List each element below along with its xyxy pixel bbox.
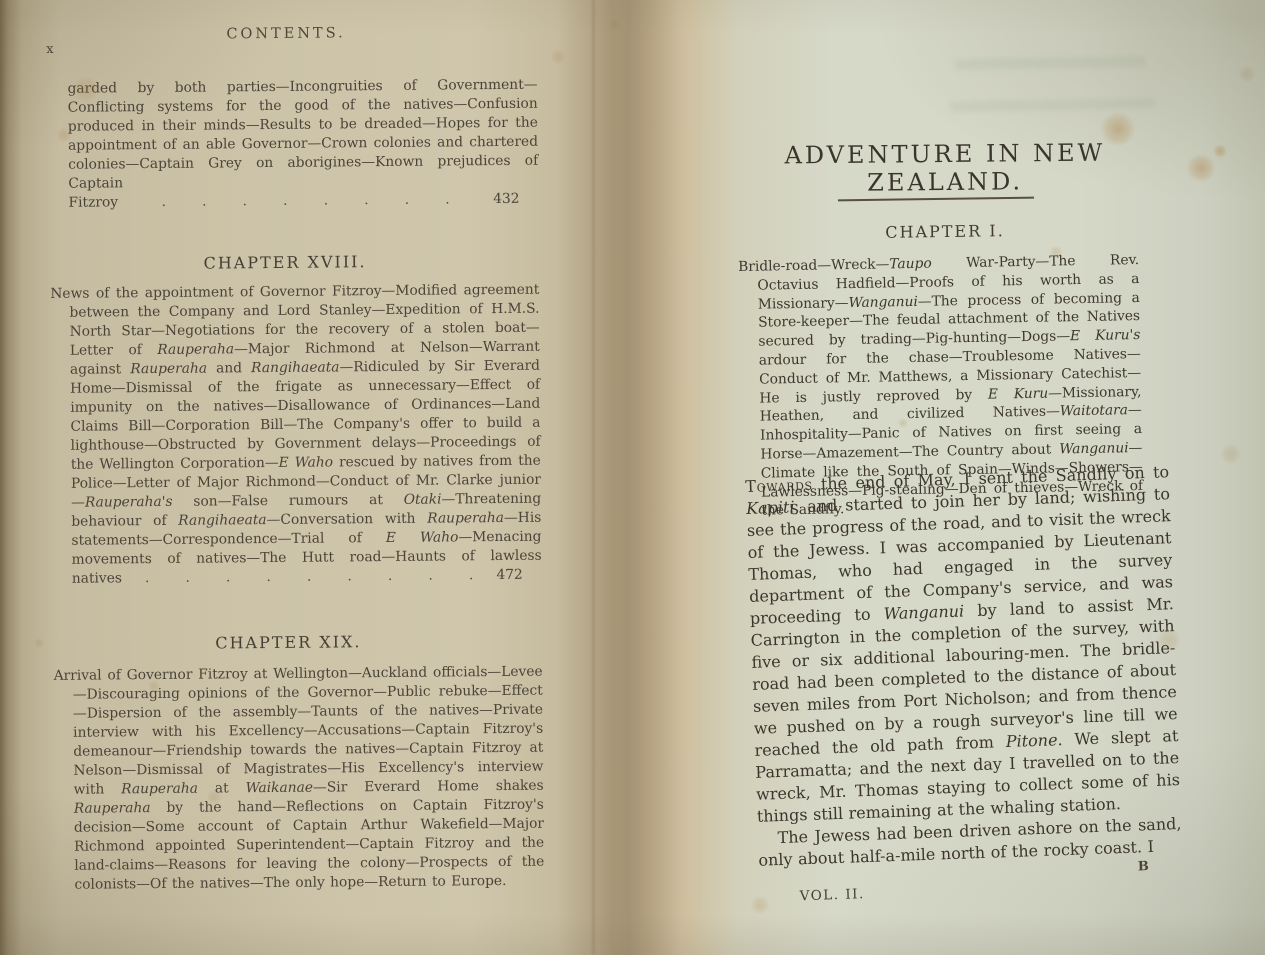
foxing-spot — [608, 18, 620, 30]
title-rule — [838, 197, 1034, 202]
foxing-spot — [550, 50, 566, 64]
book-spread-photo: x CONTENTS. garded by both parties—Incon… — [0, 0, 1265, 955]
body-text-block: Towards the end of May, I sent the Sandf… — [745, 461, 1184, 916]
body-paragraph-1: Towards the end of May, I sent the Sandf… — [745, 461, 1181, 828]
page-reference: 472 — [496, 566, 523, 585]
show-through-text — [955, 56, 1145, 69]
volume-label: VOL. II. — [799, 886, 865, 904]
dot-leader: . . . . . . . . . — [122, 566, 497, 588]
page-fold-crease — [592, 0, 595, 955]
printer-signature: B — [1138, 859, 1150, 874]
show-through-text — [950, 98, 1155, 112]
left-page: x CONTENTS. garded by both parties—Incon… — [40, 24, 540, 895]
foxing-spot — [34, 638, 44, 648]
chapter1-heading: CHAPTER I. — [720, 219, 1170, 244]
right-page: ADVENTURE IN NEW ZEALAND. CHAPTER I. Bri… — [700, 0, 1265, 955]
chapter17-continuation-text: garded by both parties—Incongruities of … — [48, 76, 538, 194]
leader-last-word: Fitzroy — [68, 193, 118, 212]
page-reference: 432 — [493, 190, 520, 209]
dot-leader: . . . . . . . . — [118, 190, 493, 212]
chapter19-heading: CHAPTER XIX. — [53, 631, 523, 654]
chapter18-heading: CHAPTER XVIII. — [50, 251, 520, 274]
chapter17-page-reference-line: Fitzroy . . . . . . . . 432 — [68, 190, 519, 213]
left-page-header: x CONTENTS. — [40, 24, 532, 56]
book-gutter-shadow — [556, 0, 714, 955]
chapter19-summary: Arrival of Governor Fitzroy at Wellingto… — [54, 663, 545, 895]
page-number: x — [46, 42, 53, 57]
running-header: CONTENTS. — [40, 24, 532, 44]
book-title: ADVENTURE IN NEW ZEALAND. — [720, 138, 1170, 198]
leader-last-word: natives — [72, 569, 122, 588]
chapter18-summary: News of the appointment of Governor Fitz… — [50, 281, 541, 570]
chapter18-page-reference-line: natives . . . . . . . . . 472 — [72, 566, 523, 589]
